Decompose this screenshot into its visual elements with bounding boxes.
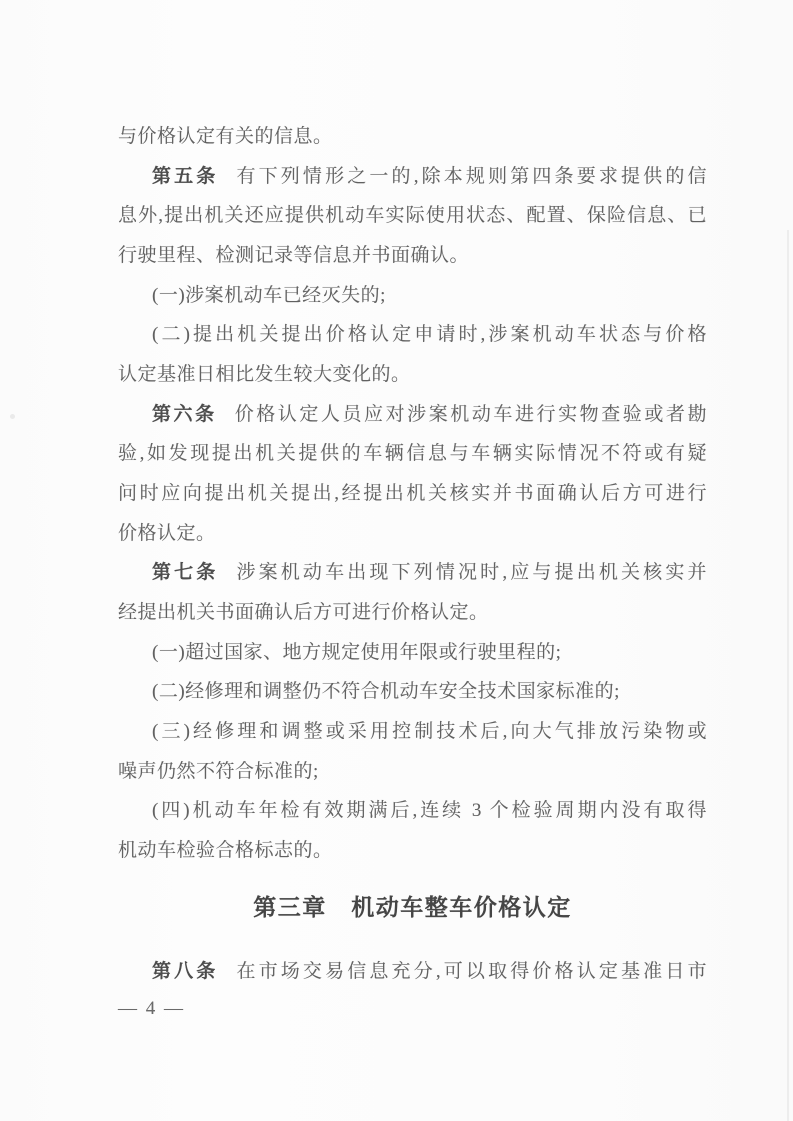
article-7-label: 第七条 — [152, 562, 218, 583]
text-line-item-1: (一)涉案机动车已经灭失的; — [118, 276, 707, 316]
scan-edge-artifact — [787, 230, 789, 1121]
text-line: 验,如发现提出机关提供的车辆信息与车辆实际情况不符或有疑 — [118, 434, 707, 474]
text-line-item-3: (三)经修理和调整或采用控制技术后,向大气排放污染物或 — [118, 712, 707, 752]
line-text: 价格认定人员应对涉案机动车进行实物查验或者勘 — [235, 404, 707, 425]
text-line: 问时应向提出机关提出,经提出机关核实并书面确认后方可进行 — [118, 474, 707, 514]
line-text: 有下列情形之一的,除本规则第四条要求提供的信 — [236, 166, 707, 187]
text-line-item-2: (二)提出机关提出价格认定申请时,涉案机动车状态与价格 — [118, 315, 707, 355]
text-line-continuation: 与价格认定有关的信息。 — [118, 117, 707, 157]
scan-speck-artifact — [10, 414, 15, 419]
text-line: 息外,提出机关还应提供机动车实际使用状态、配置、保险信息、已 — [118, 196, 707, 236]
article-8-label: 第八条 — [152, 961, 218, 982]
text-line-article-7: 第七条涉案机动车出现下列情况时,应与提出机关核实并 — [118, 553, 707, 593]
page-number: — 4 — — [118, 997, 185, 1020]
text-line-article-5: 第五条有下列情形之一的,除本规则第四条要求提供的信 — [118, 157, 707, 197]
text-line: 认定基准日相比发生较大变化的。 — [118, 355, 707, 395]
text-line: 价格认定。 — [118, 514, 707, 554]
text-line: 行驶里程、检测记录等信息并书面确认。 — [118, 236, 707, 276]
chapter-heading: 第三章 机动车整车价格认定 — [118, 888, 707, 928]
line-text: 涉案机动车出现下列情况时,应与提出机关核实并 — [236, 562, 707, 583]
text-line-article-6: 第六条价格认定人员应对涉案机动车进行实物查验或者勘 — [118, 395, 707, 435]
text-line: 噪声仍然不符合标准的; — [118, 752, 707, 792]
text-line-article-8: 第八条在市场交易信息充分,可以取得价格认定基准日市 — [118, 952, 707, 992]
text-line-item-2: (二)经修理和调整仍不符合机动车安全技术国家标准的; — [118, 672, 707, 712]
text-line: 机动车检验合格标志的。 — [118, 831, 707, 871]
article-5-label: 第五条 — [152, 166, 218, 187]
text-line: 经提出机关书面确认后方可进行价格认定。 — [118, 593, 707, 633]
text-line-item-1: (一)超过国家、地方规定使用年限或行驶里程的; — [118, 633, 707, 673]
scanned-document-page: 与价格认定有关的信息。 第五条有下列情形之一的,除本规则第四条要求提供的信 息外… — [0, 0, 793, 1121]
text-line-item-4: (四)机动车年检有效期满后,连续 3 个检验周期内没有取得 — [118, 791, 707, 831]
document-body: 与价格认定有关的信息。 第五条有下列情形之一的,除本规则第四条要求提供的信 息外… — [118, 117, 707, 992]
line-text: 在市场交易信息充分,可以取得价格认定基准日市 — [236, 961, 707, 982]
article-6-label: 第六条 — [152, 404, 217, 425]
